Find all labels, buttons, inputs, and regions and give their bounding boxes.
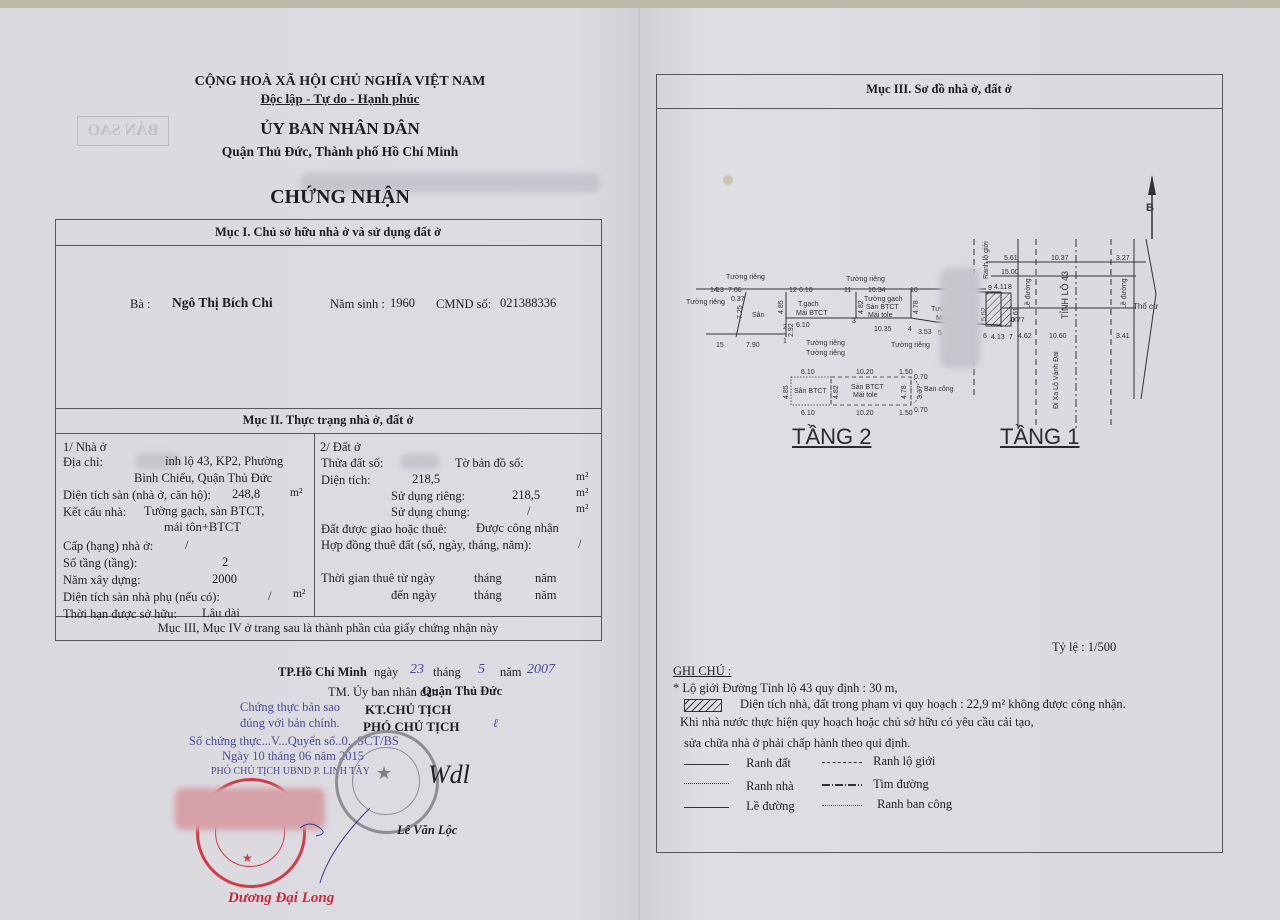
signing-month: 5 [478, 662, 485, 678]
address-line1: ỉnh lộ 43, KP2, Phường [165, 454, 283, 469]
note-line4: sửa chữa nhà ở phải chấp hành theo qui đ… [684, 736, 910, 751]
solid-line-icon [684, 807, 729, 808]
svg-text:Đi Xa Lộ Vành Đai: Đi Xa Lộ Vành Đai [1053, 351, 1060, 409]
legend-label: Ranh lộ giới [873, 754, 935, 768]
svg-text:6.10: 6.10 [801, 369, 815, 376]
svg-text:7.25: 7.25 [737, 305, 744, 319]
svg-text:15: 15 [716, 342, 724, 349]
divider [55, 433, 601, 434]
svg-text:5.52: 5.52 [981, 307, 988, 321]
note-line2: Diện tích nhà, đất trong phạm vi quy hoạ… [740, 697, 1126, 712]
floor-area-value: 248,8 [232, 487, 260, 502]
svg-text:Mái tole: Mái tole [868, 312, 893, 319]
allocation-value: Được công nhận [476, 521, 559, 536]
svg-text:Tường riêng: Tường riêng [806, 340, 845, 347]
floor-area-label: Diện tích sàn (nhà ở, căn hộ): [63, 488, 211, 503]
svg-text:Tường riêng: Tường riêng [846, 276, 885, 283]
svg-text:3.41: 3.41 [1116, 333, 1130, 340]
lease-contract-label: Hợp đồng thuê đất (số, ngày, tháng, năm)… [321, 538, 532, 553]
svg-text:TỈNH LỘ 43: TỈNH LỘ 43 [1059, 271, 1070, 319]
svg-text:3: 3 [852, 318, 856, 325]
svg-text:7: 7 [1009, 334, 1013, 341]
svg-text:Thổ cư: Thổ cư [1133, 302, 1159, 311]
svg-text:Tường gạch: Tường gạch [864, 296, 903, 303]
legend-label: Ranh nhà [746, 779, 794, 793]
signer-role1: KT.CHỦ TỊCH [365, 702, 451, 718]
site-diagram: B [656, 109, 1221, 449]
svg-text:4: 4 [908, 326, 912, 333]
land-area-value: 218,5 [412, 472, 440, 487]
country-name: CỘNG HOÀ XÃ HỘI CHỦ NGHĨA VIỆT NAM [60, 74, 620, 90]
signer-name: Lê Văn Lộc [397, 823, 457, 838]
dashed-line-icon [822, 762, 862, 763]
year-label: năm [535, 588, 557, 603]
svg-text:Tường riêng: Tường riêng [806, 350, 845, 357]
structure-line1: Tường gạch, sàn BTCT, [144, 504, 264, 519]
svg-text:4.78: 4.78 [913, 300, 920, 314]
on-behalf-unit: Quận Thủ Đức [422, 684, 502, 699]
svg-text:1.50: 1.50 [899, 369, 913, 376]
svg-text:6: 6 [983, 333, 987, 340]
page-fold [638, 8, 640, 920]
lease-from-label: Thời gian thuê từ ngày [321, 571, 435, 586]
svg-text:11: 11 [844, 287, 851, 294]
signing-year: 2007 [527, 662, 555, 678]
id-label: CMND số: [436, 297, 491, 312]
svg-text:B: B [1146, 202, 1154, 214]
redacted-area [940, 268, 980, 368]
signature: Wdl [428, 760, 470, 790]
svg-text:0.70: 0.70 [914, 407, 928, 414]
month-label: tháng [433, 665, 461, 680]
year-label: năm [500, 665, 522, 680]
unit: m² [293, 588, 305, 600]
month-label: tháng [474, 571, 502, 586]
house-title: 1/ Nhà ở [63, 440, 106, 455]
floor2-title: TẦNG 2 [792, 424, 871, 450]
svg-text:0.37: 0.37 [731, 296, 745, 303]
lease-contract-value: / [578, 537, 581, 552]
svg-text:Sàn BTCT: Sàn BTCT [851, 384, 884, 391]
motto: Độc lập - Tự do - Hạnh phúc [60, 91, 620, 107]
svg-text:4.78: 4.78 [901, 385, 908, 399]
land-title: 2/ Đất ở [320, 440, 361, 455]
document-sheet: BẢN SAO CỘNG HOÀ XÃ HỘI CHỦ NGHĨA VIỆT N… [0, 8, 1280, 920]
svg-text:1.50: 1.50 [899, 410, 913, 417]
svg-text:Sân: Sân [752, 312, 765, 319]
svg-text:4.85: 4.85 [783, 385, 790, 399]
north-arrow-icon: B [1146, 175, 1156, 239]
svg-text:Lề đường: Lề đường [1119, 278, 1128, 309]
signature-stroke [290, 788, 380, 888]
floor1-title: TẦNG 1 [1000, 424, 1079, 450]
scale-label: Tỷ lệ : 1/500 [1052, 640, 1116, 655]
initials: ℓ [493, 716, 498, 731]
legend-label: Tim đường [873, 777, 929, 791]
svg-text:8: 8 [1008, 284, 1012, 291]
svg-text:4.13: 4.13 [991, 334, 1005, 341]
parcel-label: Thửa đất số: [321, 456, 383, 471]
unit: m² [290, 487, 302, 499]
svg-text:0.70: 0.70 [914, 374, 928, 381]
unit: m² [576, 487, 588, 499]
svg-text:12: 12 [789, 287, 797, 294]
built-year: 2000 [212, 572, 237, 587]
grade-label: Cấp (hạng) nhà ở: [63, 539, 153, 554]
svg-text:Sàn BTCT: Sàn BTCT [866, 304, 899, 311]
svg-text:Ban công: Ban công [924, 386, 954, 393]
note-line3: Khi nhà nước thực hiện quy hoạch hoặc ch… [680, 715, 1034, 730]
svg-text:15.00: 15.00 [1001, 269, 1019, 276]
svg-text:10.37: 10.37 [1051, 255, 1069, 262]
svg-text:10.60: 10.60 [1049, 333, 1067, 340]
diagram-heading: Mục III. Sơ đồ nhà ở, đất ở [656, 82, 1222, 97]
dotted-line-icon [684, 783, 729, 784]
svg-text:3.53: 3.53 [918, 329, 932, 336]
svg-text:4.11: 4.11 [994, 284, 1007, 291]
grade-value: / [185, 538, 188, 553]
private-use-label: Sử dụng riêng: [391, 489, 465, 504]
svg-text:Sân BTCT: Sân BTCT [794, 388, 827, 395]
authority-name: ỦY BAN NHÂN DÂN [60, 119, 620, 139]
svg-text:Tường riêng: Tường riêng [891, 342, 930, 349]
legend-item: Ranh nhà [684, 779, 794, 794]
svg-text:Ranh lộ giới: Ranh lộ giới [983, 241, 990, 279]
certification-line2: đúng với bản chính. [240, 716, 340, 731]
shared-use-value: / [527, 504, 530, 519]
svg-text:Tường riêng: Tường riêng [686, 299, 725, 306]
structure-line2: mái tôn+BTCT [164, 520, 241, 535]
ownership-term-label: Thời hạn được sở hữu: [63, 607, 177, 622]
month-label: tháng [474, 588, 502, 603]
id-number: 021388336 [500, 296, 556, 311]
birth-label: Năm sinh : [330, 297, 385, 312]
svg-text:6.10: 6.10 [799, 287, 813, 294]
floors-value: 2 [222, 555, 228, 570]
legend-label: Ranh ban công [877, 797, 952, 811]
column-divider [314, 433, 315, 616]
svg-text:10.34: 10.34 [868, 287, 886, 294]
svg-text:10.35: 10.35 [874, 326, 892, 333]
svg-text:4.85: 4.85 [778, 300, 785, 314]
signing-day: 23 [410, 662, 424, 678]
svg-text:13: 13 [716, 287, 724, 294]
lease-to-label: đến ngày [391, 588, 436, 603]
legend-item: Lề đường [684, 799, 795, 814]
unit: m² [576, 471, 588, 483]
svg-text:2.92: 2.92 [788, 323, 795, 337]
land-area-label: Diện tích: [321, 473, 371, 488]
divider [55, 245, 601, 246]
legend-item: Ranh ban công [822, 797, 952, 812]
birth-year: 1960 [390, 296, 415, 311]
certification-line1: Chứng thực bản sao [240, 700, 340, 715]
ownership-term-value: Lâu dài [202, 606, 240, 621]
svg-text:10: 10 [910, 287, 918, 294]
document-title: CHỨNG NHẬN [60, 186, 620, 209]
address-label: Địa chỉ: [63, 455, 103, 470]
aux-area-value: / [268, 589, 271, 604]
day-label: ngày [374, 665, 398, 680]
svg-text:Mái tole: Mái tole [853, 392, 878, 399]
svg-text:4.62: 4.62 [1018, 333, 1032, 340]
shared-use-label: Sử dụng chung: [391, 505, 470, 520]
owner-name: Ngô Thị Bích Chi [172, 295, 273, 311]
section2-heading: Mục II. Thực trạng nhà ở, đất ở [55, 413, 601, 428]
owner-prefix: Bà : [130, 297, 150, 312]
svg-text:3.27: 3.27 [1116, 255, 1130, 262]
legend-item: Tim đường [822, 777, 929, 792]
address-line2: Bình Chiểu, Quận Thủ Đức [134, 471, 272, 486]
note-line1: * Lộ giới Đường Tỉnh lộ 43 quy định : 30… [673, 681, 898, 696]
private-use-value: 218,5 [512, 488, 540, 503]
section1-heading: Mục I. Chủ sở hữu nhà ở và sử dụng đất ở [55, 225, 601, 240]
legend-item: Ranh đất [684, 756, 791, 771]
structure-label: Kết cấu nhà: [63, 505, 126, 520]
svg-text:7.90: 7.90 [746, 342, 760, 349]
allocation-label: Đất được giao hoặc thuê: [321, 522, 447, 537]
district-name: Quận Thủ Đức, Thành phố Hồ Chí Minh [60, 144, 620, 160]
hatch-legend-icon [684, 699, 722, 712]
svg-text:6.10: 6.10 [801, 410, 815, 417]
legend-label: Lề đường [746, 799, 794, 813]
svg-text:10.20: 10.20 [856, 369, 874, 376]
built-label: Năm xây dựng: [63, 573, 141, 588]
unit: m² [576, 503, 588, 515]
year-label: năm [535, 571, 557, 586]
svg-text:5.61: 5.61 [1004, 255, 1018, 262]
legend-item: Ranh lộ giới [822, 754, 935, 769]
svg-text:T.gạch: T.gạch [798, 301, 819, 308]
notes-title: GHI CHÚ : [673, 664, 731, 679]
redacted-area [400, 454, 440, 469]
divider [55, 408, 601, 409]
svg-text:9: 9 [988, 285, 992, 292]
footer-note: Mục III, Mục IV ở trang sau là thành phầ… [55, 621, 601, 636]
svg-text:5.61: 5.61 [1013, 307, 1020, 321]
solid-line-icon [684, 764, 729, 765]
fine-dotted-line-icon [822, 805, 862, 806]
legend-label: Ranh đất [746, 756, 791, 770]
svg-text:Tường riêng: Tường riêng [726, 274, 765, 281]
floors-label: Số tầng (tầng): [63, 556, 137, 571]
certifier-name: Dương Đại Long [228, 890, 334, 907]
signing-place: TP.Hồ Chí Minh [278, 665, 367, 680]
svg-text:2: 2 [783, 324, 787, 331]
svg-text:Lề đường: Lề đường [1023, 278, 1032, 309]
svg-text:7.06: 7.06 [728, 287, 742, 294]
aux-area-label: Diện tích sàn nhà phụ (nếu có): [63, 590, 220, 605]
svg-text:Mái BTCT: Mái BTCT [796, 310, 828, 317]
dashdot-line-icon [822, 784, 862, 786]
svg-text:6.10: 6.10 [796, 322, 810, 329]
svg-text:4.82: 4.82 [833, 385, 840, 399]
svg-text:1: 1 [783, 338, 787, 345]
svg-text:10.20: 10.20 [856, 410, 874, 417]
svg-text:3.37: 3.37 [917, 385, 924, 399]
svg-text:4.82: 4.82 [858, 300, 865, 314]
map-sheet-label: Tờ bản đồ số: [455, 456, 524, 471]
